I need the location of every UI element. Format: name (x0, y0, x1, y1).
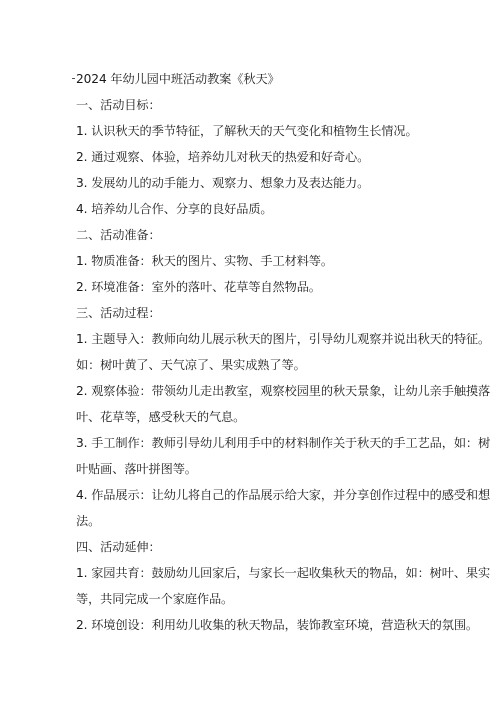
process-item-3-cont: 叶贴画、落叶拼图等。 (76, 456, 476, 482)
document-title: 2024 年幼儿园中班活动教案《秋天》 (76, 72, 280, 86)
goal-item-4: 4. 培养幼儿合作、分享的良好品质。 (76, 196, 476, 222)
extension-item-1: 1. 家园共育：鼓励幼儿回家后，与家长一起收集秋天的物品，如：树叶、果实 (76, 560, 476, 586)
section-heading-goals: 一、活动目标： (76, 92, 476, 118)
process-item-4: 4. 作品展示：让幼儿将自己的作品展示给大家，并分享创作过程中的感受和想 (76, 482, 476, 508)
document-page: 2024 年幼儿园中班活动教案《秋天》 一、活动目标： 1. 认识秋天的季节特征… (76, 66, 476, 638)
preparation-item-1: 1. 物质准备：秋天的图片、实物、手工材料等。 (76, 248, 476, 274)
section-heading-preparation: 二、活动准备： (76, 222, 476, 248)
title-mark (72, 78, 75, 79)
extension-item-1-cont: 等，共同完成一个家庭作品。 (76, 586, 476, 612)
document-title-line: 2024 年幼儿园中班活动教案《秋天》 (76, 66, 476, 92)
section-heading-process: 三、活动过程： (76, 300, 476, 326)
process-item-3: 3. 手工制作：教师引导幼儿利用手中的材料制作关于秋天的手工艺品，如：树 (76, 430, 476, 456)
goal-item-3: 3. 发展幼儿的动手能力、观察力、想象力及表达能力。 (76, 170, 476, 196)
preparation-item-2: 2. 环境准备：室外的落叶、花草等自然物品。 (76, 274, 476, 300)
process-item-4-cont: 法。 (76, 508, 476, 534)
extension-item-2: 2. 环境创设：利用幼儿收集的秋天物品，装饰教室环境，营造秋天的氛围。 (76, 612, 476, 638)
process-item-1: 1. 主题导入：教师向幼儿展示秋天的图片，引导幼儿观察并说出秋天的特征。 (76, 326, 476, 352)
process-item-2: 2. 观察体验：带领幼儿走出教室，观察校园里的秋天景象，让幼儿亲手触摸落 (76, 378, 476, 404)
section-heading-extension: 四、活动延伸： (76, 534, 476, 560)
process-item-2-cont: 叶、花草等，感受秋天的气息。 (76, 404, 476, 430)
process-item-1-cont: 如：树叶黄了、天气凉了、果实成熟了等。 (76, 352, 476, 378)
goal-item-2: 2. 通过观察、体验，培养幼儿对秋天的热爱和好奇心。 (76, 144, 476, 170)
goal-item-1: 1. 认识秋天的季节特征，了解秋天的天气变化和植物生长情况。 (76, 118, 476, 144)
